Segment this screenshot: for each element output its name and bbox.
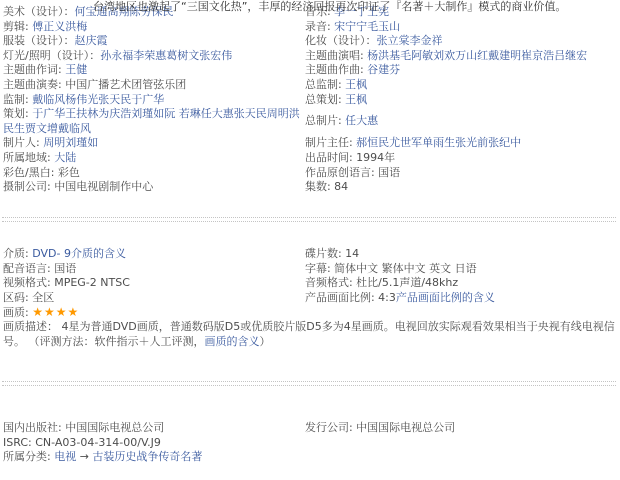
isrc-value: CN-A03-04-314-00/V.J9 (35, 436, 161, 449)
field-label: 主题曲演奏: (3, 78, 65, 91)
table-row: 配音语言: 国语 字幕: 简体中文 繁体中文 英文 日语 (3, 262, 617, 277)
table-row: 彩色/黑白: 彩色 作品原创语言: 国语 (3, 166, 617, 181)
sound-recording-link[interactable]: 宋宁宁毛玉山 (334, 20, 400, 33)
production-company-value: 中国电视剧制作中心 (54, 180, 153, 193)
field-label: 发行公司: (305, 421, 356, 434)
theme-singers-link[interactable]: 杨洪基毛阿敏刘欢万山红戴建明崔京浩吕继宏 (367, 49, 587, 62)
field-label: 产品画面比例: (305, 291, 378, 304)
publisher-value: 中国国际电视总公司 (65, 421, 164, 434)
chief-supervisor-link[interactable]: 王枫 (345, 78, 367, 91)
table-row: 所属地域: 大陆 出品时间: 1994年 (3, 151, 617, 166)
distributor-value: 中国国际电视总公司 (356, 421, 455, 434)
category-arrow: → (76, 450, 92, 463)
table-row: 服装（设计）：赵庆霞 化妆（设计）：张立棠李金祥 (3, 34, 617, 49)
table-row: 介质: DVD- 9介质的含义 碟片数: 14 (3, 247, 617, 262)
composer-link[interactable]: 谷建芬 (367, 63, 400, 76)
field-label: 制片主任: (305, 136, 356, 149)
field-label: 集数: (305, 180, 334, 193)
media-meaning-link[interactable]: 介质的含义 (71, 247, 126, 260)
field-label: 主题曲作曲: (305, 63, 367, 76)
field-label: 音频格式: (305, 276, 356, 289)
table-row: 摄制公司: 中国电视剧制作中心 集数: 84 (3, 180, 617, 195)
planners-link[interactable]: 于广华王扶林为庆浩刘瑾如阮 若琳任大惠张天民周明洪民生贾文增戴临风 (3, 107, 300, 135)
table-row: 灯光/照明（设计）：孙永福李荣惠葛树文张宏伟 主题曲演唱: 杨洪基毛阿敏刘欢万山… (3, 49, 617, 64)
field-label: 制片人: (3, 136, 43, 149)
field-label: 总制片: (305, 114, 345, 127)
lyricist-link[interactable]: 王健 (65, 63, 87, 76)
quality-meaning-link[interactable]: 画质的含义 (205, 335, 260, 348)
field-label: 灯光/照明（设计）： (3, 49, 100, 62)
field-label: 摄制公司: (3, 180, 54, 193)
quality-description-closing: ） (260, 335, 271, 348)
table-row: ISRC: CN-A03-04-314-00/V.J9 (3, 436, 617, 451)
aspect-ratio-value: 4:3 (378, 291, 396, 304)
chief-producer-link[interactable]: 任大惠 (345, 114, 378, 127)
field-label: 剪辑: (3, 20, 32, 33)
producer-link[interactable]: 周明刘瑾如 (43, 136, 98, 149)
quality-description-text: 画质描述： 4星为普通DVD画质，普通数码版D5或优质胶片版D5多为4星画质。电… (3, 320, 615, 348)
table-row: 制片人: 周明刘瑾如 制片主任: 郝恒民尤世军单雨生张光前张纪中 (3, 136, 617, 151)
quality-description: 画质描述： 4星为普通DVD画质，普通数码版D5或优质胶片版D5多为4星画质。电… (3, 320, 615, 349)
field-label: ISRC: (3, 436, 35, 449)
table-row: 画质: ★★★★ (3, 305, 617, 321)
aspect-ratio-meaning-link[interactable]: 产品画面比例的含义 (396, 291, 495, 304)
dotted-separator (2, 381, 616, 386)
disc-count-value: 14 (345, 247, 359, 260)
audio-format-value: 杜比/5.1声道/48khz (356, 276, 458, 289)
category-tags-link[interactable]: 古装历史战争传奇名著 (92, 450, 202, 463)
field-label: 国内出版社: (3, 421, 65, 434)
makeup-design-link[interactable]: 张立棠李金祥 (376, 34, 442, 47)
release-year-value: 1994年 (356, 151, 395, 164)
table-row: 所属分类: 电视 → 古装历史战争传奇名著 (3, 450, 617, 465)
field-label: 美术（设计）： (3, 5, 75, 18)
category-tv-link[interactable]: 电视 (54, 450, 76, 463)
table-row: 主题曲演奏: 中国广播艺术团管弦乐团 总监制: 王枫 (3, 78, 617, 93)
field-label: 总监制: (305, 78, 345, 91)
field-label: 作品原创语言: (305, 166, 378, 179)
table-row: 视频格式: MPEG-2 NTSC 音频格式: 杜比/5.1声道/48khz (3, 276, 617, 291)
production-directors-link[interactable]: 郝恒民尤世军单雨生张光前张纪中 (356, 136, 521, 149)
field-label: 介质: (3, 247, 32, 260)
costume-design-link[interactable]: 赵庆霞 (75, 34, 108, 47)
disc-info-table: 介质: DVD- 9介质的含义 碟片数: 14 配音语言: 国语 字幕: 简体中… (3, 247, 617, 321)
rating-stars: ★★★★ (32, 305, 79, 319)
field-label: 配音语言: (3, 262, 54, 275)
product-info-page: 台湾地区也激起了“三国文化热”，丰厚的经济回报再次印证了『名著＋大制作』模式的商… (0, 0, 620, 480)
field-label: 所属分类: (3, 450, 54, 463)
field-label: 出品时间: (305, 151, 356, 164)
supervisor-link[interactable]: 戴临风杨伟光张天民于广华 (32, 93, 164, 106)
dotted-separator (2, 217, 616, 222)
field-label: 字幕: (305, 262, 334, 275)
field-label: 彩色/黑白: (3, 166, 58, 179)
intro-paragraph-lastline: 台湾地区也激起了“三国文化热”，丰厚的经济回报再次印证了『名著＋大制作』模式的商… (93, 0, 566, 15)
region-link[interactable]: 大陆 (54, 151, 76, 164)
field-label: 主题曲演唱: (305, 49, 367, 62)
field-label: 服装（设计）： (3, 34, 75, 47)
table-row: 监制: 戴临风杨伟光张天民于广华 总策划: 王枫 (3, 93, 617, 108)
chief-planner-link[interactable]: 王枫 (345, 93, 367, 106)
table-row: 策划: 于广华王扶林为庆浩刘瑾如阮 若琳任大惠张天民周明洪民生贾文增戴临风 总制… (3, 107, 617, 136)
original-language-value: 国语 (378, 166, 400, 179)
table-row: 国内出版社: 中国国际电视总公司 发行公司: 中国国际电视总公司 (3, 421, 617, 436)
orchestra-value: 中国广播艺术团管弦乐团 (65, 78, 186, 91)
editing-link[interactable]: 傅正义洪梅 (32, 20, 87, 33)
table-row: 剪辑: 傅正义洪梅 录音: 宋宁宁毛玉山 (3, 20, 617, 35)
field-label: 监制: (3, 93, 32, 106)
field-label: 画质: (3, 306, 32, 319)
media-value: DVD- 9 (32, 247, 71, 260)
episode-count-value: 84 (334, 180, 348, 193)
color-value: 彩色 (58, 166, 80, 179)
field-label: 区码: (3, 291, 32, 304)
dub-language-value: 国语 (54, 262, 76, 275)
table-row: 主题曲作词: 王健 主题曲作曲: 谷建芬 (3, 63, 617, 78)
field-label: 视频格式: (3, 276, 54, 289)
field-label: 所属地域: (3, 151, 54, 164)
field-label: 碟片数: (305, 247, 345, 260)
field-label: 主题曲作词: (3, 63, 65, 76)
field-label: 化妆（设计）： (305, 34, 377, 47)
subtitles-value: 简体中文 繁体中文 英文 日语 (334, 262, 477, 275)
field-label: 策划: (3, 107, 32, 120)
region-code-value: 全区 (32, 291, 54, 304)
field-label: 总策划: (305, 93, 345, 106)
field-label: 录音: (305, 20, 334, 33)
publisher-table: 国内出版社: 中国国际电视总公司 发行公司: 中国国际电视总公司 ISRC: C… (3, 421, 617, 465)
credits-table: 美术（设计）：何宝通高翔陈劳保民 音乐: 李一丁王宪 剪辑: 傅正义洪梅 录音:… (3, 5, 617, 195)
video-format-value: MPEG-2 NTSC (54, 276, 130, 289)
table-row: 区码: 全区 产品画面比例: 4:3产品画面比例的含义 (3, 291, 617, 306)
lighting-link[interactable]: 孙永福李荣惠葛树文张宏伟 (100, 49, 232, 62)
